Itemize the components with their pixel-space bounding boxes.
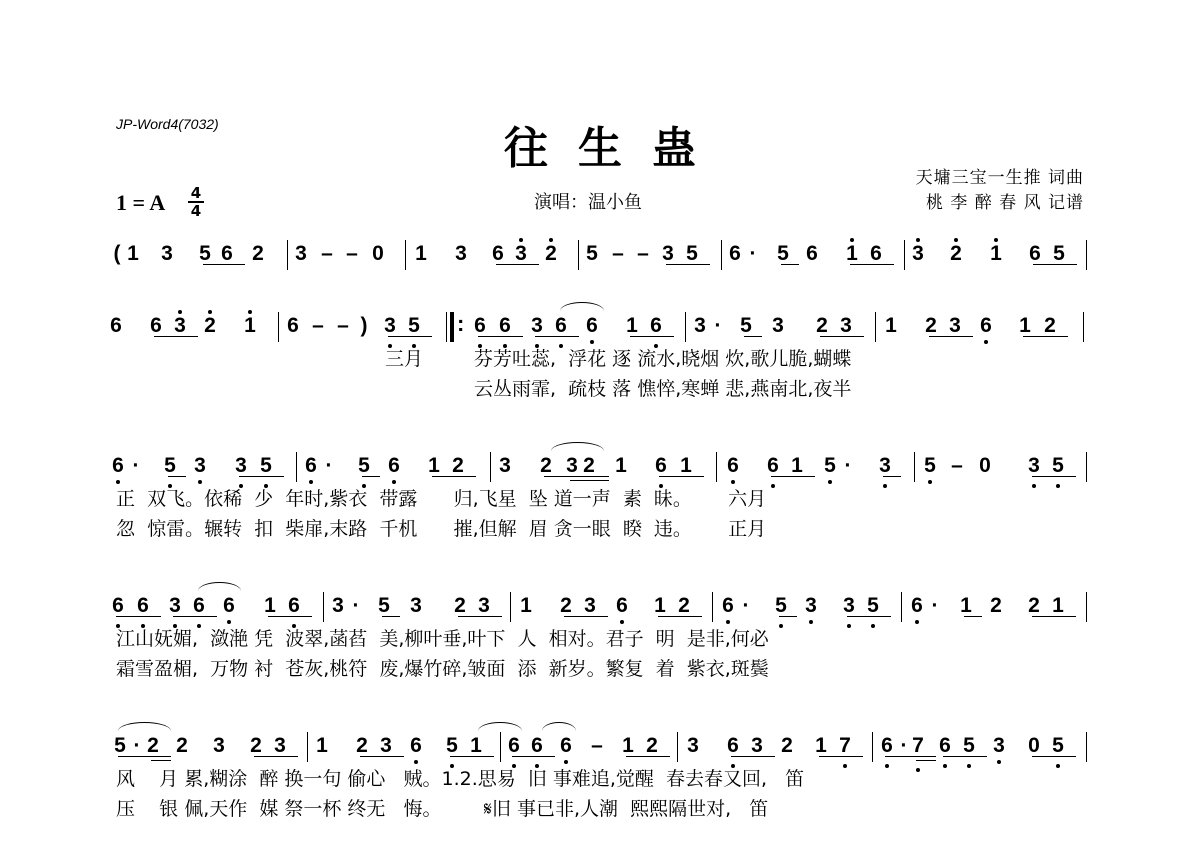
note: 5 bbox=[406, 314, 422, 338]
barline bbox=[405, 240, 406, 270]
note: 1 bbox=[883, 314, 899, 338]
octave-dot-below bbox=[847, 624, 851, 628]
note: · bbox=[927, 594, 943, 618]
note: 3 bbox=[293, 242, 309, 266]
barline bbox=[677, 732, 678, 762]
note: – bbox=[610, 242, 626, 266]
note: 5 bbox=[865, 594, 881, 618]
barline bbox=[490, 452, 491, 482]
duration-underline bbox=[659, 476, 704, 477]
duration-underline bbox=[360, 756, 404, 757]
barline bbox=[287, 240, 288, 270]
duration-underline bbox=[630, 336, 674, 337]
note: 5 bbox=[922, 454, 938, 478]
note: 1 bbox=[988, 242, 1004, 266]
duration-underline bbox=[1033, 264, 1077, 265]
note: 2 bbox=[354, 734, 370, 758]
duration-underline bbox=[458, 616, 502, 617]
note: – bbox=[319, 242, 335, 266]
duration-underline bbox=[850, 264, 894, 265]
note: 3 bbox=[947, 314, 963, 338]
note: 6 bbox=[553, 314, 569, 338]
note: 6 bbox=[506, 734, 522, 758]
note: 2 bbox=[543, 242, 559, 266]
note: 2 bbox=[988, 594, 1004, 618]
barline bbox=[278, 312, 279, 342]
duration-underline bbox=[116, 616, 161, 617]
duration-underline bbox=[744, 336, 762, 337]
duration-underline bbox=[570, 480, 609, 481]
note: 3 bbox=[513, 242, 529, 266]
note: 5 bbox=[376, 594, 392, 618]
note: · bbox=[321, 454, 337, 478]
octave-dot-below bbox=[916, 768, 920, 772]
duration-underline bbox=[666, 264, 710, 265]
duration-underline bbox=[1023, 336, 1068, 337]
lyric-line: 压 银 佩,天作 媒 祭一杯 终无 悔。 𝄋旧 事已非,人潮 熙熙隔世对, 笛 bbox=[116, 794, 768, 821]
barline bbox=[1086, 240, 1087, 270]
slur-tie bbox=[560, 302, 604, 311]
note: 5 bbox=[584, 242, 600, 266]
note: 5 bbox=[775, 242, 791, 266]
note: 2 bbox=[202, 314, 218, 338]
barline bbox=[914, 452, 915, 482]
octave-dot-above bbox=[178, 310, 182, 314]
note: 2 bbox=[250, 242, 266, 266]
time-signature: 4 4 bbox=[186, 185, 206, 219]
barline bbox=[1086, 452, 1087, 482]
note: 1 bbox=[262, 594, 278, 618]
note: 1 bbox=[789, 454, 805, 478]
duration-underline bbox=[820, 336, 864, 337]
octave-dot-below bbox=[779, 624, 783, 628]
note: 3 bbox=[770, 314, 786, 338]
note: 1 bbox=[620, 734, 636, 758]
note: 2 bbox=[814, 314, 830, 338]
barline bbox=[904, 240, 905, 270]
barline bbox=[510, 592, 511, 622]
octave-dot-below bbox=[771, 484, 775, 488]
note: 3 bbox=[838, 314, 854, 338]
note: 6 bbox=[584, 314, 600, 338]
repeat-start-barline bbox=[446, 312, 447, 342]
duration-underline bbox=[1032, 616, 1076, 617]
note: 3 bbox=[841, 594, 857, 618]
duration-underline bbox=[658, 616, 702, 617]
duration-underline bbox=[771, 476, 815, 477]
note: 1 bbox=[1017, 314, 1033, 338]
barline bbox=[1083, 312, 1084, 342]
duration-underline bbox=[512, 756, 555, 757]
note: 6 bbox=[386, 454, 402, 478]
duration-underline bbox=[168, 476, 186, 477]
duration-underline bbox=[929, 336, 973, 337]
note: 6 bbox=[148, 314, 164, 338]
note: 6 bbox=[108, 314, 124, 338]
note: – bbox=[589, 734, 605, 758]
barline bbox=[500, 732, 501, 762]
barline bbox=[296, 452, 297, 482]
note: 6 bbox=[303, 454, 319, 478]
note: 3 bbox=[877, 454, 893, 478]
note: – bbox=[344, 242, 360, 266]
note: 6 bbox=[614, 594, 630, 618]
note: 5 bbox=[773, 594, 789, 618]
note: 6 bbox=[408, 734, 424, 758]
barline bbox=[1086, 732, 1087, 762]
note: 6 bbox=[1027, 242, 1043, 266]
note: 6 bbox=[725, 454, 741, 478]
note: 3 bbox=[692, 314, 708, 338]
barline bbox=[872, 732, 873, 762]
duration-underline bbox=[819, 756, 863, 757]
duration-underline bbox=[916, 760, 936, 761]
note: 3 bbox=[378, 734, 394, 758]
barline bbox=[323, 592, 324, 622]
note: 5 bbox=[1050, 454, 1066, 478]
note: 5 bbox=[162, 454, 178, 478]
note: · bbox=[710, 314, 726, 338]
singer-credit: 演唱：温小鱼 bbox=[534, 188, 642, 214]
repeat-start-barline bbox=[450, 312, 454, 342]
slur-tie bbox=[118, 722, 171, 731]
octave-dot-below bbox=[885, 764, 889, 768]
note: 2 bbox=[644, 734, 660, 758]
note: – bbox=[335, 314, 351, 338]
note: 2 bbox=[1042, 314, 1058, 338]
octave-dot-above bbox=[208, 310, 212, 314]
duration-underline bbox=[388, 336, 432, 337]
duration-underline bbox=[1032, 476, 1076, 477]
note: 6 bbox=[497, 314, 513, 338]
note: 6 bbox=[648, 314, 664, 338]
note: 1 bbox=[624, 314, 640, 338]
barline bbox=[875, 312, 876, 342]
note: 3 bbox=[476, 594, 492, 618]
octave-dot-above bbox=[519, 238, 523, 242]
note: 2 bbox=[676, 594, 692, 618]
note: 2 bbox=[558, 594, 574, 618]
note: 6 bbox=[725, 734, 741, 758]
note: 5 bbox=[1050, 734, 1066, 758]
note: 2 bbox=[1026, 594, 1042, 618]
note: 0 bbox=[1026, 734, 1042, 758]
note: 6 bbox=[529, 734, 545, 758]
octave-dot-below bbox=[967, 764, 971, 768]
duration-underline bbox=[268, 616, 312, 617]
note: 5 bbox=[822, 454, 838, 478]
note: 7 bbox=[837, 734, 853, 758]
octave-dot-below bbox=[809, 620, 813, 624]
note: 6 bbox=[909, 594, 925, 618]
octave-dot-below bbox=[984, 340, 988, 344]
note: · bbox=[129, 734, 145, 758]
note: 6 bbox=[191, 594, 207, 618]
lyric-line: 芬芳吐蕊, 浮花 逐 流水,晓烟 炊,歌儿脆,蝴蝶 bbox=[474, 344, 851, 371]
note: 5 bbox=[356, 454, 372, 478]
lyric-line: 江山妩媚, 潋滟 凭 波翠,菡萏 美,柳叶垂,叶下 人 相对。君子 明 是非,何… bbox=[116, 624, 769, 651]
note: 2 bbox=[174, 734, 190, 758]
note: 1 bbox=[652, 594, 668, 618]
time-signature-top: 4 bbox=[186, 185, 206, 201]
slur-tie bbox=[542, 722, 576, 731]
note: 2 bbox=[452, 594, 468, 618]
barline bbox=[901, 592, 902, 622]
duration-underline bbox=[779, 616, 797, 617]
note: 0 bbox=[977, 454, 993, 478]
duration-underline bbox=[883, 476, 901, 477]
note: 1 bbox=[314, 734, 330, 758]
note: · bbox=[840, 454, 856, 478]
time-signature-bottom: 4 bbox=[186, 203, 206, 219]
duration-underline bbox=[173, 616, 217, 617]
slur-tie bbox=[551, 442, 604, 451]
note: · bbox=[348, 594, 364, 618]
note: 6 bbox=[135, 594, 151, 618]
lyricist-composer-credit: 天墉三宝一生推 词曲 bbox=[916, 163, 1084, 188]
note: 3 bbox=[749, 734, 765, 758]
note: 5 bbox=[961, 734, 977, 758]
octave-dot-below bbox=[871, 624, 875, 628]
note: 3 bbox=[233, 454, 249, 478]
note: 3 bbox=[382, 314, 398, 338]
octave-dot-above bbox=[994, 238, 998, 242]
note: 3 bbox=[172, 314, 188, 338]
note: 1 bbox=[468, 734, 484, 758]
duration-underline bbox=[254, 756, 298, 757]
note: 6 bbox=[720, 594, 736, 618]
duration-underline bbox=[362, 476, 380, 477]
note: 3 bbox=[582, 594, 598, 618]
note: 6 bbox=[978, 314, 994, 338]
note: – bbox=[949, 454, 965, 478]
note: 2 bbox=[538, 454, 554, 478]
duration-underline bbox=[203, 264, 245, 265]
note: 1 bbox=[844, 242, 860, 266]
note: 6 bbox=[110, 594, 126, 618]
octave-dot-below bbox=[997, 760, 1001, 764]
note: · bbox=[128, 454, 144, 478]
note: 6 bbox=[285, 314, 301, 338]
note: 3 bbox=[991, 734, 1007, 758]
lyric-line: 三月 bbox=[385, 344, 423, 371]
note: 2 bbox=[581, 454, 597, 478]
note: 0 bbox=[370, 242, 386, 266]
duration-underline bbox=[885, 756, 936, 757]
duration-underline bbox=[731, 756, 775, 757]
note: 6 bbox=[804, 242, 820, 266]
octave-dot-below bbox=[828, 480, 832, 484]
note: – bbox=[635, 242, 651, 266]
octave-dot-below bbox=[943, 764, 947, 768]
octave-dot-below bbox=[883, 484, 887, 488]
octave-dot-above bbox=[954, 238, 958, 242]
duration-underline bbox=[118, 756, 171, 757]
duration-underline bbox=[382, 616, 400, 617]
octave-dot-below bbox=[1032, 484, 1036, 488]
note: 6 bbox=[727, 242, 743, 266]
note: 1 bbox=[426, 454, 442, 478]
lyric-line: 正 双飞。依稀 少 年时,紫衣 带露 归,飞星 坠 道一声 素 昧。 六月 bbox=[116, 484, 766, 511]
duration-underline bbox=[450, 756, 494, 757]
lyric-line: 忽 惊雷。辗转 扣 柴扉,末路 千机 摧,但解 眉 贪一眼 睽 违。 正月 bbox=[116, 514, 766, 541]
barline bbox=[307, 732, 308, 762]
duration-underline bbox=[943, 756, 987, 757]
note: 6 bbox=[472, 314, 488, 338]
octave-dot-below bbox=[843, 764, 847, 768]
transcriber-credit: 桃 李 醉 春 风 记谱 bbox=[926, 188, 1084, 213]
octave-dot-below bbox=[1056, 484, 1060, 488]
note: 1 bbox=[813, 734, 829, 758]
duration-underline bbox=[478, 336, 523, 337]
duration-underline bbox=[154, 336, 198, 337]
note: 3 bbox=[564, 454, 580, 478]
note: 7 bbox=[910, 734, 926, 758]
barline bbox=[712, 592, 713, 622]
note: 6 bbox=[221, 594, 237, 618]
key-signature: 1 = A bbox=[116, 190, 165, 216]
slur-tie bbox=[198, 582, 241, 591]
note: 5 bbox=[444, 734, 460, 758]
note: 3 bbox=[660, 242, 676, 266]
note: 2 bbox=[948, 242, 964, 266]
note: 1 bbox=[242, 314, 258, 338]
note: 6 bbox=[219, 242, 235, 266]
repeat-dots: : bbox=[457, 311, 464, 337]
note: 1 bbox=[413, 242, 429, 266]
barline bbox=[685, 312, 686, 342]
barline bbox=[721, 240, 722, 270]
note: 3 bbox=[272, 734, 288, 758]
note: 1 bbox=[125, 242, 141, 266]
slur-tie bbox=[478, 722, 522, 731]
duration-underline bbox=[432, 476, 476, 477]
note: 3 bbox=[159, 242, 175, 266]
note: 3 bbox=[167, 594, 183, 618]
octave-dot-below bbox=[1056, 764, 1060, 768]
note: 1 bbox=[613, 454, 629, 478]
note: 3 bbox=[685, 734, 701, 758]
octave-dot-above bbox=[549, 238, 553, 242]
duration-underline bbox=[151, 760, 171, 761]
note: 6 bbox=[868, 242, 884, 266]
duration-underline bbox=[564, 616, 608, 617]
note: – bbox=[310, 314, 326, 338]
barline bbox=[716, 452, 717, 482]
note: 1 bbox=[1050, 594, 1066, 618]
note: 6 bbox=[653, 454, 669, 478]
duration-underline bbox=[847, 616, 891, 617]
note: ) bbox=[356, 314, 372, 338]
octave-dot-above bbox=[916, 238, 920, 242]
note: 1 bbox=[958, 594, 974, 618]
note: · bbox=[745, 242, 761, 266]
note: 3 bbox=[803, 594, 819, 618]
note: 3 bbox=[211, 734, 227, 758]
note: ( bbox=[109, 242, 125, 266]
note: 5 bbox=[197, 242, 213, 266]
duration-underline bbox=[964, 616, 982, 617]
note: 6 bbox=[937, 734, 953, 758]
note: 3 bbox=[408, 594, 424, 618]
note: 5 bbox=[738, 314, 754, 338]
note: 6 bbox=[765, 454, 781, 478]
note: 5 bbox=[112, 734, 128, 758]
note: 1 bbox=[678, 454, 694, 478]
duration-underline bbox=[535, 336, 579, 337]
note: 5 bbox=[258, 454, 274, 478]
lyric-line: 风 月 累,糊涂 醉 换一句 偷心 贼。1.2.思易 旧 事难追,觉醒 春去春又… bbox=[116, 764, 804, 791]
note: 6 bbox=[558, 734, 574, 758]
note: 3 bbox=[453, 242, 469, 266]
octave-dot-below bbox=[915, 620, 919, 624]
note: 3 bbox=[910, 242, 926, 266]
note: 1 bbox=[518, 594, 534, 618]
note: 6 bbox=[879, 734, 895, 758]
note: 3 bbox=[330, 594, 346, 618]
note: 6 bbox=[286, 594, 302, 618]
note: 5 bbox=[684, 242, 700, 266]
duration-underline bbox=[239, 476, 284, 477]
octave-dot-above bbox=[248, 310, 252, 314]
note: · bbox=[738, 594, 754, 618]
duration-underline bbox=[626, 756, 670, 757]
duration-underline bbox=[544, 476, 609, 477]
duration-underline bbox=[496, 264, 539, 265]
note: 2 bbox=[248, 734, 264, 758]
note: 3 bbox=[497, 454, 513, 478]
lyric-line: 云丛雨霏, 疏枝 落 憔悴,寒蝉 悲,燕南北,夜半 bbox=[474, 374, 851, 401]
note: 3 bbox=[529, 314, 545, 338]
note: 2 bbox=[450, 454, 466, 478]
note: 5 bbox=[1051, 242, 1067, 266]
lyric-line: 霜雪盈楣, 万物 衬 苍灰,桃符 废,爆竹碎,皱面 添 新岁。繁复 着 紫衣,斑… bbox=[116, 654, 769, 681]
note: 2 bbox=[923, 314, 939, 338]
barline bbox=[578, 240, 579, 270]
note: 2 bbox=[779, 734, 795, 758]
note: 2 bbox=[145, 734, 161, 758]
note: 6 bbox=[110, 454, 126, 478]
barline bbox=[1086, 592, 1087, 622]
note: 3 bbox=[192, 454, 208, 478]
duration-underline bbox=[1032, 756, 1076, 757]
octave-dot-below bbox=[928, 480, 932, 484]
note: 3 bbox=[1026, 454, 1042, 478]
octave-dot-above bbox=[850, 238, 854, 242]
duration-underline bbox=[781, 264, 799, 265]
note: 6 bbox=[490, 242, 506, 266]
